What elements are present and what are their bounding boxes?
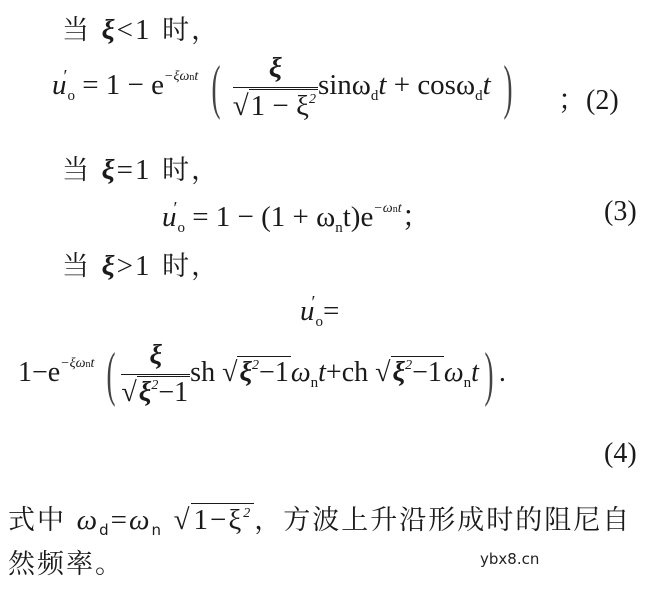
- radicand: 1−ξ: [193, 504, 243, 536]
- minus-one: −1: [412, 357, 442, 388]
- condition-xi-equals-1: 当 ξ=1 时，: [62, 148, 220, 187]
- right-paren: ): [503, 53, 512, 122]
- plus: +: [386, 69, 417, 101]
- sub-o: o: [315, 314, 323, 330]
- relation: =1: [117, 154, 152, 186]
- xi: ξ: [139, 377, 152, 408]
- omega-d: ω: [77, 504, 99, 536]
- watermark: ybx8.cn: [480, 550, 539, 568]
- sh-function: sh: [190, 357, 215, 388]
- prime: ′: [64, 66, 68, 86]
- sub-d: d: [99, 521, 111, 539]
- omega: ω: [291, 357, 311, 388]
- equation-2-end: ；(2): [558, 78, 619, 118]
- xi-symbol: ξ: [102, 14, 117, 46]
- plus: +: [326, 357, 342, 388]
- semicolon: ；: [402, 201, 431, 233]
- exponent: −ξω: [164, 69, 189, 84]
- exponent-t: t: [194, 69, 198, 84]
- explanation-text: ，方波上升沿形成时的阻尼自: [254, 505, 631, 536]
- cos-term: cosω: [417, 69, 475, 101]
- equation-number: (2): [586, 85, 619, 116]
- t: t: [483, 69, 491, 101]
- xi: ξ: [393, 357, 406, 388]
- label-dang: 当: [62, 155, 91, 186]
- fraction: ξ √ξ2−1: [121, 340, 190, 409]
- label-dang: 当: [62, 251, 91, 282]
- minus-one: −1: [259, 357, 289, 388]
- equals-one-minus-e: = 1 − e: [82, 69, 164, 101]
- xi-symbol: ξ: [102, 154, 117, 186]
- xi-symbol: ξ: [102, 250, 117, 282]
- t: t: [471, 357, 479, 388]
- label-shi: 时，: [151, 155, 220, 186]
- equals: =: [323, 295, 339, 327]
- equation-4-number: (4): [604, 438, 637, 470]
- sup-2: 2: [309, 92, 316, 107]
- fraction: ξ √1 − ξ2: [233, 52, 318, 123]
- label-dang: 当: [62, 15, 91, 46]
- sub-n: n: [151, 521, 163, 539]
- omega-n: ω: [129, 504, 151, 536]
- exponent: −ω: [373, 201, 392, 216]
- t: t: [318, 357, 326, 388]
- exponent-t: t: [91, 356, 95, 371]
- xi: ξ: [239, 357, 252, 388]
- semicolon: ；: [558, 85, 586, 116]
- equation-3-number: (3): [604, 196, 637, 228]
- period: .: [499, 357, 506, 388]
- label-shizhong: 式中: [8, 505, 66, 536]
- explanation-line-2: 然频率。: [8, 542, 124, 581]
- numerator: ξ: [233, 52, 318, 88]
- equation-3: u′o = 1 − (1 + ωnt)e−ωnt；: [162, 194, 431, 237]
- right-paren: ): [484, 340, 493, 409]
- sub-n: n: [311, 375, 319, 391]
- explanation-line-1: 式中 ωd=ωn √1−ξ2，方波上升沿形成时的阻尼自: [8, 498, 631, 539]
- label-shi: 时，: [151, 251, 220, 282]
- sin-term: sinω: [318, 69, 371, 101]
- equation-4: 1−e−ξωnt ( ξ √ξ2−1 sh √ξ2−1ωnt+ch √ξ2−1ω…: [18, 340, 506, 409]
- condition-xi-greater-than-1: 当 ξ>1 时，: [62, 244, 220, 283]
- label-shi: 时，: [151, 15, 220, 46]
- sup-2: 2: [252, 358, 259, 373]
- left-paren: (: [211, 53, 220, 122]
- numerator: ξ: [121, 340, 190, 375]
- sub-o: o: [177, 220, 185, 236]
- equation-2: u′o = 1 − e−ξωnt ( ξ √1 − ξ2 sinωdt + co…: [52, 52, 518, 123]
- minus-one: −1: [158, 377, 188, 408]
- sub-n: n: [335, 220, 343, 236]
- one-minus-e: 1−e: [18, 357, 60, 388]
- body-a: = 1 − (1 + ω: [192, 201, 335, 233]
- prime: ′: [312, 292, 316, 312]
- denominator: √ξ2−1: [121, 375, 190, 409]
- relation: <1: [117, 14, 152, 46]
- equation-4-lhs: u′o=: [300, 292, 339, 331]
- exponent: −ξω: [60, 356, 85, 371]
- equals: =: [111, 504, 129, 536]
- omega: ω: [444, 357, 464, 388]
- relation: >1: [117, 250, 152, 282]
- sub-o: o: [67, 88, 75, 104]
- sup-2: 2: [243, 506, 252, 521]
- ch-function: ch: [342, 357, 368, 388]
- body-b: t)e: [343, 201, 374, 233]
- radicand: 1 − ξ: [251, 90, 309, 122]
- condition-xi-less-than-1: 当 ξ<1 时，: [62, 8, 220, 47]
- left-paren: (: [107, 340, 116, 409]
- prime: ′: [174, 198, 178, 218]
- denominator: √1 − ξ2: [233, 88, 318, 123]
- sub-d: d: [475, 88, 483, 104]
